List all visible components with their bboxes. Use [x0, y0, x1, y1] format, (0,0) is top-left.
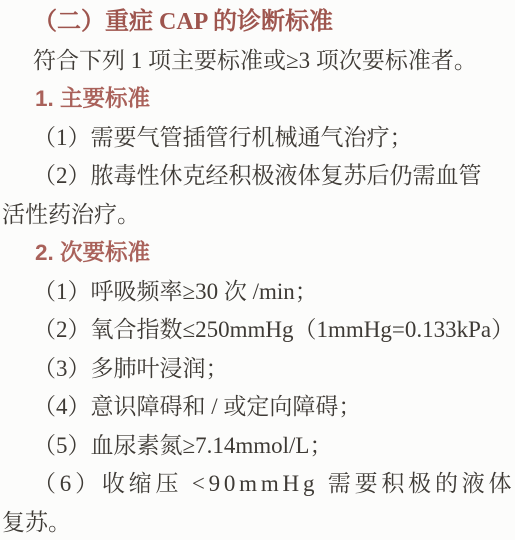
- intro-text: 符合下列 1 项主要标准或≥3 项次要标准者。: [2, 42, 509, 81]
- major-criteria-item-2-line-2: 活性药治疗。: [2, 196, 509, 235]
- section-heading: （二）重症 CAP 的诊断标准: [2, 3, 509, 42]
- minor-criteria-item-1: （1）呼吸频率≥30 次 /min；: [2, 273, 509, 312]
- major-criteria-item-1: （1）需要气管插管行机械通气治疗；: [2, 119, 509, 158]
- minor-criteria-item-5: （5）血尿素氮≥7.14mmol/L；: [2, 427, 509, 466]
- major-criteria-heading: 1. 主要标准: [2, 80, 509, 119]
- minor-criteria-item-6-line-2: 复苏。: [2, 504, 509, 540]
- minor-criteria-item-2: （2）氧合指数≤250mmHg（1mmHg=0.133kPa）;: [2, 311, 509, 350]
- minor-criteria-heading: 2. 次要标准: [2, 234, 509, 273]
- document-page: （二）重症 CAP 的诊断标准 符合下列 1 项主要标准或≥3 项次要标准者。 …: [0, 0, 515, 540]
- minor-criteria-item-6-line-1: （6）收缩压 <90mmHg 需要积极的液体: [2, 465, 509, 504]
- minor-criteria-item-3: （3）多肺叶浸润；: [2, 350, 509, 389]
- minor-criteria-item-4: （4）意识障碍和 / 或定向障碍；: [2, 388, 509, 427]
- major-criteria-item-2-line-1: （2）脓毒性休克经积极液体复苏后仍需血管: [2, 157, 509, 196]
